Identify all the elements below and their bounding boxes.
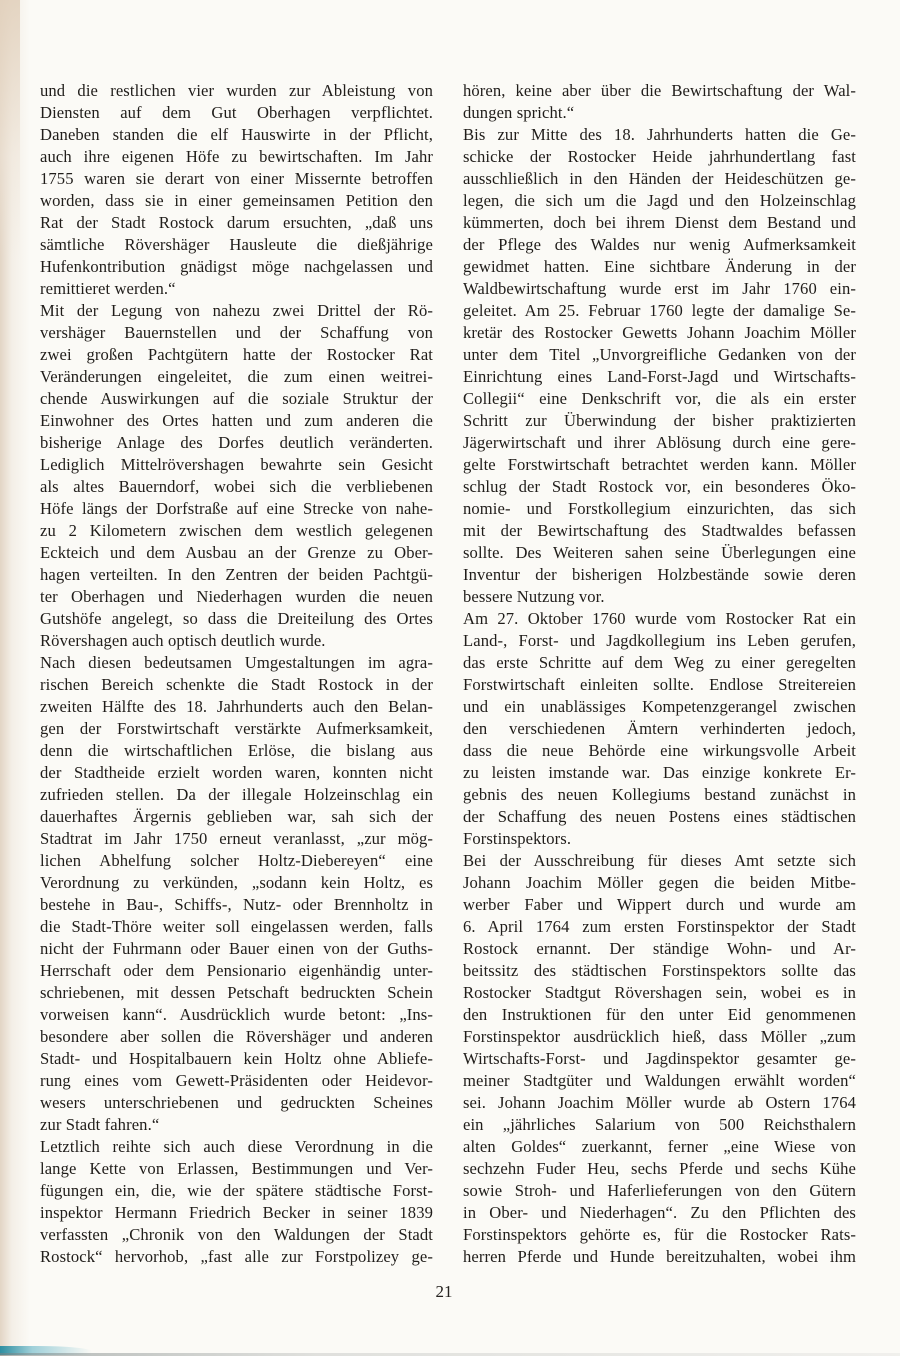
page-top-left-corner-shading [0, 0, 20, 260]
text-line: Diensten auf dem Gut Oberhagen verpflich… [40, 102, 433, 124]
text-line: ter Oberhagen und Niederhagen wurden die… [40, 586, 433, 608]
text-line: mit der Bewirtschaftung des Stadtwaldes … [463, 520, 856, 542]
text-line: Veränderungen eingeleitet, die zum einen… [40, 366, 433, 388]
text-line: schriebenen, mit dessen Petschaft bedruc… [40, 982, 433, 1004]
text-line: beitssitz des städtischen Forstinspektor… [463, 960, 856, 982]
text-line: worden, dass sie in einer gemeinsamen Pe… [40, 190, 433, 212]
text-line: herren Pferde und Hunde bereitzuhalten, … [463, 1246, 856, 1268]
text-line: Bis zur Mitte des 18. Jahrhunderts hatte… [463, 124, 856, 146]
text-line: hören, keine aber über die Bewirtschaftu… [463, 80, 856, 102]
text-line: Inventur der bisherigen Holzbestände sow… [463, 564, 856, 586]
text-line: kretär des Rostocker Gewetts Johann Joac… [463, 322, 856, 344]
text-line: 6. April 1764 zum ersten Forstinspektor … [463, 916, 856, 938]
text-line: Johann Joachim Möller gegen die beiden M… [463, 872, 856, 894]
text-line: rung eines vom Gewett-Präsidenten oder H… [40, 1070, 433, 1092]
text-line: Verordnung zu verkünden, „sodann kein Ho… [40, 872, 433, 894]
text-line: zufrieden stellen. Da der illegale Holze… [40, 784, 433, 806]
text-line: gebnis des neuen Kollegiums bestand zunä… [463, 784, 856, 806]
text-line: rischen Bereich schenkte die Stadt Rosto… [40, 674, 433, 696]
text-line: sollte. Des Weiteren sahen seine Überleg… [463, 542, 856, 564]
text-line: Rostocker Stadtgut Rövershagen sein, wob… [463, 982, 856, 1004]
text-line: nomie- und Forstkollegium einzurichten, … [463, 498, 856, 520]
text-line: ausschließlich in den Händen der Heidesc… [463, 168, 856, 190]
text-line: Bei der Ausschreibung für dieses Amt set… [463, 850, 856, 872]
text-line: Eckteich und dem Ausbau an der Grenze zu… [40, 542, 433, 564]
text-line: sei. Johann Joachim Möller wurde ab Oste… [463, 1092, 856, 1114]
text-line: Herrschaft oder dem Pensionario eigenhän… [40, 960, 433, 982]
text-line: zu 2 Kilometern zwischen dem westlich ge… [40, 520, 433, 542]
text-line: Jägerwirtschaft und ihrer Ablösung durch… [463, 432, 856, 454]
text-line: chende Auswirkungen auf die soziale Stru… [40, 388, 433, 410]
text-line: bisherige Anlage des Dorfes deutlich ver… [40, 432, 433, 454]
text-line: den Instruktionen für den unter Eid geno… [463, 1004, 856, 1026]
text-line: Collegii“ eine Denkschrift vor, die als … [463, 388, 856, 410]
text-line: alten Goldes“ zuerkannt, ferner „eine Wi… [463, 1136, 856, 1158]
text-line: Schritt zur Überwindung der bisher prakt… [463, 410, 856, 432]
scan-artifact-teal-streak [0, 1346, 92, 1355]
text-line: Rostock“ hervorhob, „fast alle zur Forst… [40, 1246, 433, 1268]
text-line: werber Faber und Wippert durch und wurde… [463, 894, 856, 916]
text-line: Forstinspektor ausdrücklich hieß, dass M… [463, 1026, 856, 1048]
right-text-column: hören, keine aber über die Bewirtschaftu… [463, 80, 856, 1268]
text-line: bestehe in Bau-, Schiffs-, Nutz- oder Br… [40, 894, 433, 916]
text-line: Land-, Forst- und Jagdkollegium ins Lebe… [463, 630, 856, 652]
text-line: Hufenkontribution gnädigst möge nachgela… [40, 256, 433, 278]
page-left-edge-shading [0, 0, 30, 1356]
text-line: Am 27. Oktober 1760 wurde vom Rostocker … [463, 608, 856, 630]
text-line: nicht der Fuhrmann oder Bauer einen von … [40, 938, 433, 960]
text-line: lange Kette von Erlassen, Bestimmungen u… [40, 1158, 433, 1180]
text-line: und ein unablässiges Kompetenzgerangel z… [463, 696, 856, 718]
text-line: 1755 waren sie derart von einer Missernt… [40, 168, 433, 190]
text-line: dass die neue Behörde eine wirkungsvolle… [463, 740, 856, 762]
text-line: hagen verteilten. In den Zentren der bei… [40, 564, 433, 586]
text-line: Letztlich reihte sich auch diese Verordn… [40, 1136, 433, 1158]
left-text-column: und die restlichen vier wurden zur Ablei… [40, 80, 433, 1268]
text-line: Stadt- und Hospitalbauern kein Holtz ohn… [40, 1048, 433, 1070]
text-line: unter dem Titel „Unvorgreifliche Gedanke… [463, 344, 856, 366]
text-line: Mit der Legung von nahezu zwei Drittel d… [40, 300, 433, 322]
text-line: zur Stadt fahren.“ [40, 1114, 433, 1136]
page-number: 21 [0, 1282, 888, 1302]
text-line: wesers unterschriebenen und gedruckten S… [40, 1092, 433, 1114]
text-line: schicke der Rostocker Heide jahrhundertl… [463, 146, 856, 168]
text-line: zwei großen Pachtgütern hatte der Rostoc… [40, 344, 433, 366]
text-line: den verschiedenen Ämtern verhinderten je… [463, 718, 856, 740]
text-line: Wirtschafts-Forst- und Jagdinspektor ges… [463, 1048, 856, 1070]
text-line: Forstinspektors. [463, 828, 856, 850]
text-line: Daneben standen die elf Hauswirte in der… [40, 124, 433, 146]
text-line: Nach diesen bedeutsamen Umgestaltungen i… [40, 652, 433, 674]
text-line: sowie Stroh- und Haferlieferungen von de… [463, 1180, 856, 1202]
text-line: dungen spricht.“ [463, 102, 856, 124]
text-line: als altes Bauerndorf, wobei sich die ver… [40, 476, 433, 498]
text-line: das erste Schritte auf dem Weg zu einer … [463, 652, 856, 674]
text-line: zweiten Hälfte des 18. Jahrhunderts auch… [40, 696, 433, 718]
text-line: Höfe längs der Dorfstraße auf eine Strec… [40, 498, 433, 520]
text-line: Lediglich Mittelrövershagen bewahrte sei… [40, 454, 433, 476]
text-line: gelte Forstwirtschaft betrachtet werden … [463, 454, 856, 476]
text-line: sechzehn Fuder Heu, sechs Pferde und sec… [463, 1158, 856, 1180]
scanned-book-page: und die restlichen vier wurden zur Ablei… [0, 0, 900, 1356]
text-line: fügungen ein, die, wie der spätere städt… [40, 1180, 433, 1202]
text-line: besondere aber sollen die Rövershäger un… [40, 1026, 433, 1048]
text-line: Waldbewirtschaftung wurde erst im Jahr 1… [463, 278, 856, 300]
text-line: vorweisen kann“. Ausdrücklich wurde beto… [40, 1004, 433, 1026]
text-line: meiner Stadtgüter und Waldungen erwählt … [463, 1070, 856, 1092]
text-line: Rostock ernannt. Der ständige Wohn- und … [463, 938, 856, 960]
text-line: verfassten „Chronik von den Waldungen de… [40, 1224, 433, 1246]
text-line: remittieret werden.“ [40, 278, 433, 300]
text-line: Rat der Stadt Rostock darum ersuchten, „… [40, 212, 433, 234]
text-line: bessere Nutzung vor. [463, 586, 856, 608]
text-line: der Stadtheide erzielt worden waren, kon… [40, 762, 433, 784]
text-line: auch ihre eigenen Höfe zu bewirtschaften… [40, 146, 433, 168]
text-line: gewidmet hatten. Eine sichtbare Änderung… [463, 256, 856, 278]
text-line: lichen Abhelfung solcher Holtz-Diebereye… [40, 850, 433, 872]
text-line: legen, die sich um die Jagd und den Holz… [463, 190, 856, 212]
text-line: Gutshöfe angelegt, so dass die Dreiteilu… [40, 608, 433, 630]
text-line: dauerhaftes Ärgernis geblieben war, sah … [40, 806, 433, 828]
text-line: Stadtrat im Jahr 1750 erneut veranlasst,… [40, 828, 433, 850]
text-line: und die restlichen vier wurden zur Ablei… [40, 80, 433, 102]
text-line: schlug der Stadt Rostock vor, ein besond… [463, 476, 856, 498]
text-line: inspektor Hermann Friedrich Becker in se… [40, 1202, 433, 1224]
text-line: kümmerten, doch bei ihrem Dienst dem Bes… [463, 212, 856, 234]
text-line: der Schaffung des neuen Postens eines st… [463, 806, 856, 828]
two-column-text-block: und die restlichen vier wurden zur Ablei… [40, 80, 856, 1268]
text-line: gen der Forstwirtschaft verstärkte Aufme… [40, 718, 433, 740]
text-line: Rövershagen auch optisch deutlich wurde. [40, 630, 433, 652]
text-line: vershäger Bauernstellen und der Schaffun… [40, 322, 433, 344]
text-line: geleitet. Am 25. Februar 1760 legte der … [463, 300, 856, 322]
text-line: Einwohner des Ortes hatten und zum ander… [40, 410, 433, 432]
text-line: ein „jährliches Salarium von 500 Reichst… [463, 1114, 856, 1136]
text-line: Forstinspektors gehörte es, für die Rost… [463, 1224, 856, 1246]
text-line: die Stadt-Thöre weiter soll eingelassen … [40, 916, 433, 938]
text-line: in Ober- und Niederhagen“. Zu den Pflich… [463, 1202, 856, 1224]
text-line: denn die wirtschaftlichen Erlöse, die bi… [40, 740, 433, 762]
text-line: der Pflege des Waldes nur wenig Aufmerks… [463, 234, 856, 256]
text-line: Forstwirtschaft einleiten sollte. Endlos… [463, 674, 856, 696]
text-line: zu leisten imstande war. Das einzige kon… [463, 762, 856, 784]
text-line: sämtliche Rövershäger Hausleute die dieß… [40, 234, 433, 256]
text-line: Einrichtung eines Land-Forst-Jagd und Wi… [463, 366, 856, 388]
